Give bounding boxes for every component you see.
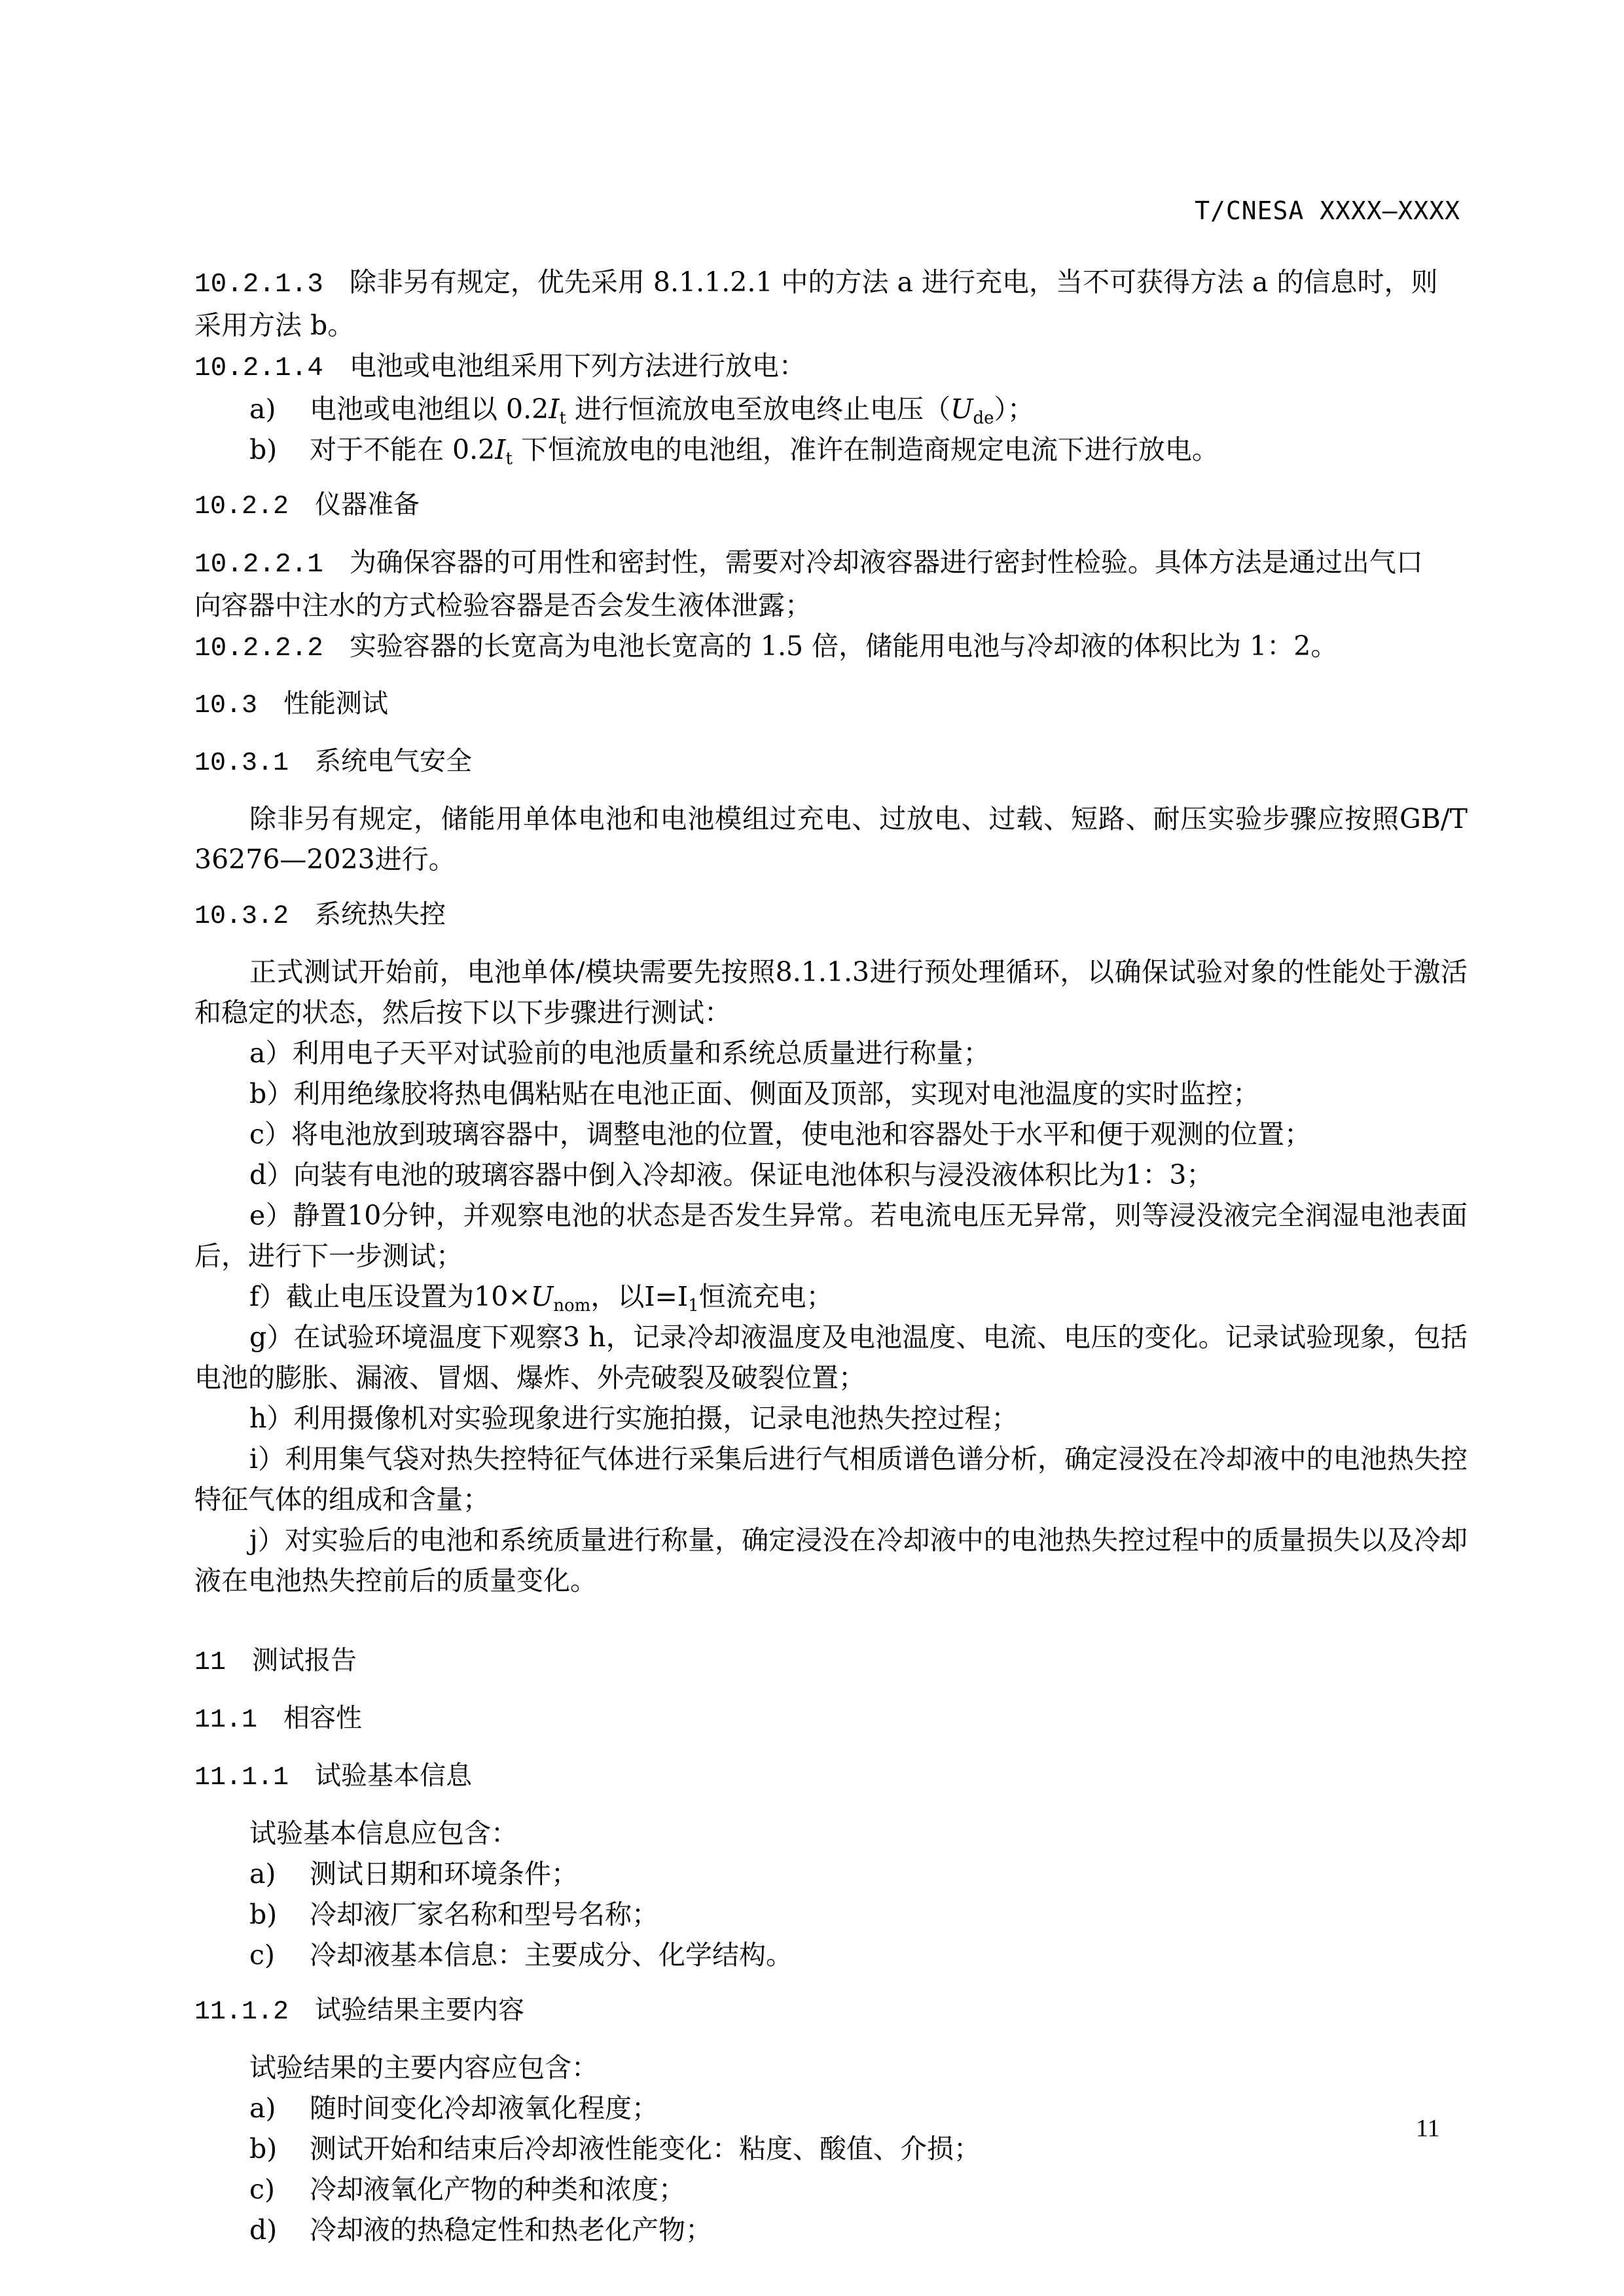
clause-10-2-2-2: 10.2.2.2实验容器的长宽高为电池长宽高的 1.5 倍，储能用电池与冷却液的… bbox=[194, 626, 1468, 669]
clause-text: 电池或电池组采用下列方法进行放电： bbox=[350, 350, 806, 382]
heading-title: 系统电气安全 bbox=[315, 746, 472, 776]
heading-number: 11 bbox=[194, 1648, 226, 1677]
step-f: f）截止电压设置为10×Unom，以I=I1恒流充电； bbox=[194, 1276, 1468, 1317]
list-item: c) 冷却液氧化产物的种类和浓度； bbox=[194, 2169, 1468, 2210]
step-g: g）在试验环境温度下观察3 h，记录冷却液温度及电池温度、电流、电压的变化。记录… bbox=[194, 1317, 1468, 1398]
heading-number: 10.2.2 bbox=[194, 492, 289, 522]
clause-text: 为确保容器的可用性和密封性，需要对冷却液容器进行密封性检验。具体方法是通过出气口 bbox=[350, 547, 1423, 578]
list-marker: a) bbox=[249, 389, 310, 429]
heading-number: 11.1.2 bbox=[194, 1998, 289, 2027]
paragraph: 除非另有规定，储能用单体电池和电池模组过充电、过放电、过载、短路、耐压实验步骤应… bbox=[194, 798, 1468, 880]
heading-11-1-2: 11.1.2试验结果主要内容 bbox=[194, 1990, 1468, 2033]
page-number: 11 bbox=[1416, 2114, 1440, 2143]
heading-title: 测试报告 bbox=[252, 1645, 357, 1676]
document-code-header: T/CNESA XXXX—XXXX bbox=[1195, 196, 1460, 225]
list-item: c) 冷却液基本信息：主要成分、化学结构。 bbox=[194, 1935, 1468, 1975]
heading-title: 性能测试 bbox=[283, 689, 388, 719]
clause-10-2-1-3: 10.2.1.3除非另有规定，优先采用 8.1.1.2.1 中的方法 a 进行充… bbox=[194, 262, 1468, 305]
list-text: 电池或电池组以 0.2It 进行恒流放电至放电终止电压（Ude）； bbox=[310, 389, 1034, 429]
list-item: a) 电池或电池组以 0.2It 进行恒流放电至放电终止电压（Ude）； bbox=[194, 389, 1468, 429]
heading-title: 相容性 bbox=[283, 1703, 362, 1733]
list-text: 对于不能在 0.2It 下恒流放电的电池组，准许在制造商规定电流下进行放电。 bbox=[310, 429, 1219, 470]
clause-10-2-1-4: 10.2.1.4电池或电池组采用下列方法进行放电： bbox=[194, 346, 1468, 389]
list-text: 冷却液的热稳定性和热老化产物； bbox=[310, 2210, 712, 2250]
step-h: h）利用摄像机对实验现象进行实施拍摄，记录电池热失控过程； bbox=[194, 1398, 1468, 1439]
clause-text: 实验容器的长宽高为电池长宽高的 1.5 倍，储能用电池与冷却液的体积比为 1：2… bbox=[350, 630, 1337, 662]
paragraph: 正式测试开始前，电池单体/模块需要先按照8.1.1.3进行预处理循环，以确保试验… bbox=[194, 952, 1468, 1033]
list-marker: b) bbox=[249, 2128, 310, 2169]
heading-title: 系统热失控 bbox=[315, 899, 446, 929]
heading-number: 11.1.1 bbox=[194, 1763, 289, 1793]
list-marker: c) bbox=[249, 1935, 310, 1975]
heading-11: 11测试报告 bbox=[194, 1640, 1468, 1683]
heading-number: 10.3.2 bbox=[194, 902, 289, 931]
list-marker: b) bbox=[249, 429, 310, 470]
heading-10-2-2: 10.2.2仪器准备 bbox=[194, 484, 1468, 528]
heading-10-3-2: 10.3.2系统热失控 bbox=[194, 894, 1468, 937]
list-item: a) 测试日期和环境条件； bbox=[194, 1854, 1468, 1894]
list-item: a) 随时间变化冷却液氧化程度； bbox=[194, 2088, 1468, 2128]
list-text: 随时间变化冷却液氧化程度； bbox=[310, 2088, 659, 2128]
heading-title: 试验结果主要内容 bbox=[315, 1995, 524, 2025]
list-marker: d) bbox=[249, 2210, 310, 2250]
step-d: d）向装有电池的玻璃容器中倒入冷却液。保证电池体积与浸没液体积比为1：3； bbox=[194, 1155, 1468, 1195]
step-e: e）静置10分钟，并观察电池的状态是否发生异常。若电流电压无异常，则等浸没液完全… bbox=[194, 1195, 1468, 1276]
clause-10-2-2-1: 10.2.2.1为确保容器的可用性和密封性，需要对冷却液容器进行密封性检验。具体… bbox=[194, 542, 1468, 585]
list-marker: b) bbox=[249, 1894, 310, 1935]
clause-number: 10.2.1.4 bbox=[194, 353, 323, 384]
heading-11-1-1: 11.1.1试验基本信息 bbox=[194, 1755, 1468, 1799]
heading-number: 10.3.1 bbox=[194, 749, 289, 778]
clause-text: 除非另有规定，优先采用 8.1.1.2.1 中的方法 a 进行充电，当不可获得方… bbox=[350, 266, 1438, 298]
heading-11-1: 11.1相容性 bbox=[194, 1698, 1468, 1741]
heading-number: 11.1 bbox=[194, 1706, 257, 1735]
clause-number: 10.2.1.3 bbox=[194, 270, 323, 300]
clause-10-2-2-1-cont: 向容器中注水的方式检验容器是否会发生液体泄露； bbox=[194, 585, 1468, 626]
heading-title: 仪器准备 bbox=[315, 490, 420, 520]
heading-10-3-1: 10.3.1系统电气安全 bbox=[194, 741, 1468, 784]
list-item: b) 对于不能在 0.2It 下恒流放电的电池组，准许在制造商规定电流下进行放电… bbox=[194, 429, 1468, 470]
list-item: d) 冷却液的热稳定性和热老化产物； bbox=[194, 2210, 1468, 2250]
list-marker: a) bbox=[249, 2088, 310, 2128]
list-text: 冷却液氧化产物的种类和浓度； bbox=[310, 2169, 685, 2210]
list-marker: a) bbox=[249, 1854, 310, 1894]
heading-number: 10.3 bbox=[194, 691, 257, 721]
list-text: 测试日期和环境条件； bbox=[310, 1854, 578, 1894]
list-marker: c) bbox=[249, 2169, 310, 2210]
clause-10-2-1-3-cont: 采用方法 b。 bbox=[194, 305, 1468, 346]
step-a: a）利用电子天平对试验前的电池质量和系统总质量进行称量； bbox=[194, 1033, 1468, 1073]
list-item: b) 测试开始和结束后冷却液性能变化：粘度、酸值、介损； bbox=[194, 2128, 1468, 2169]
list-intro: 试验基本信息应包含： bbox=[194, 1813, 1468, 1854]
clause-number: 10.2.2.2 bbox=[194, 634, 323, 664]
list-text: 冷却液厂家名称和型号名称； bbox=[310, 1894, 659, 1935]
heading-10-3: 10.3性能测试 bbox=[194, 683, 1468, 726]
list-text: 冷却液基本信息：主要成分、化学结构。 bbox=[310, 1935, 793, 1975]
list-item: b) 冷却液厂家名称和型号名称； bbox=[194, 1894, 1468, 1935]
list-text: 测试开始和结束后冷却液性能变化：粘度、酸值、介损； bbox=[310, 2128, 981, 2169]
step-b: b）利用绝缘胶将热电偶粘贴在电池正面、侧面及顶部，实现对电池温度的实时监控； bbox=[194, 1073, 1468, 1114]
step-i: i）利用集气袋对热失控特征气体进行采集后进行气相质谱色谱分析，确定浸没在冷却液中… bbox=[194, 1439, 1468, 1520]
step-j: j）对实验后的电池和系统质量进行称量，确定浸没在冷却液中的电池热失控过程中的质量… bbox=[194, 1520, 1468, 1601]
heading-title: 试验基本信息 bbox=[315, 1761, 472, 1791]
list-intro: 试验结果的主要内容应包含： bbox=[194, 2047, 1468, 2088]
step-c: c）将电池放到玻璃容器中，调整电池的位置，使电池和容器处于水平和便于观测的位置； bbox=[194, 1114, 1468, 1155]
clause-number: 10.2.2.1 bbox=[194, 550, 323, 580]
document-body: 10.2.1.3除非另有规定，优先采用 8.1.1.2.1 中的方法 a 进行充… bbox=[194, 262, 1468, 2250]
